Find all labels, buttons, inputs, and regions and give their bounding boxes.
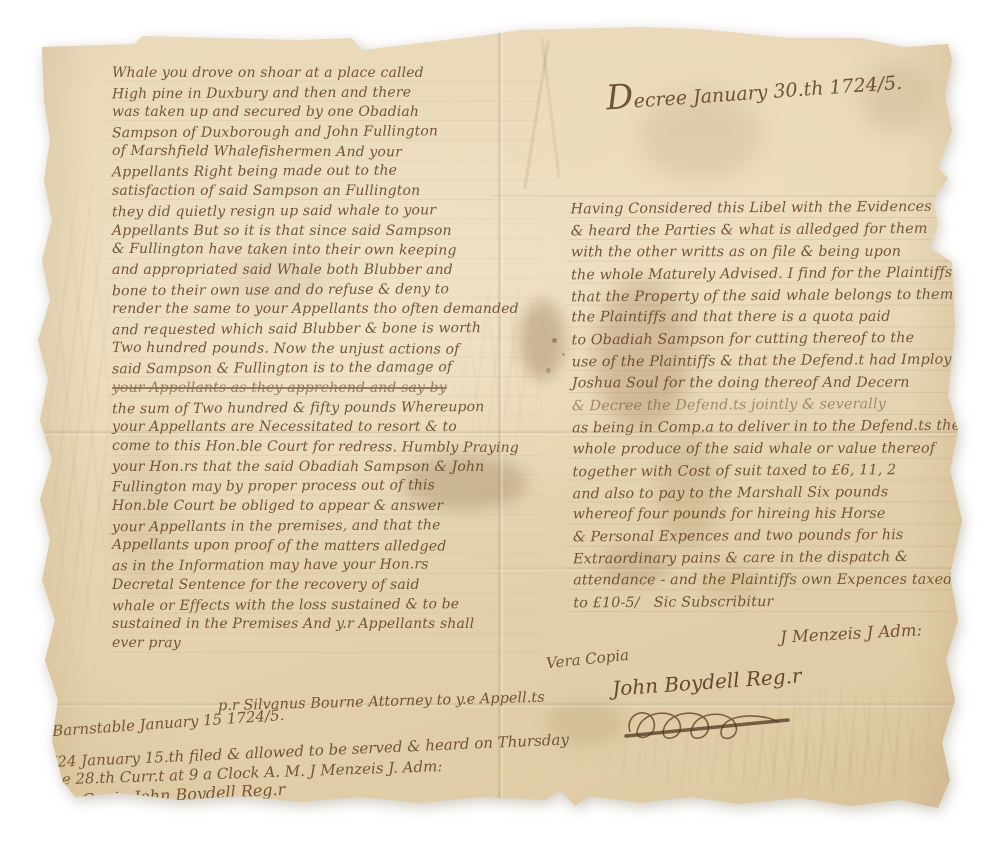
manuscript-line: ever pray (112, 634, 548, 656)
manuscript-line: together with Cost of suit taxed to £6, … (572, 459, 972, 484)
manuscript-line: the Plaintiffs and that there is a quota… (571, 307, 971, 330)
manuscript-line: Hon.ble Court be obliged to appear & ans… (112, 497, 548, 517)
signature-flourish-icon (620, 698, 850, 746)
manuscript-line: your Appellants are Necessitated to reso… (112, 418, 548, 438)
manuscript-line: Sampson of Duxborough and John Fullingto… (112, 122, 548, 144)
paper-sheet: Whale you drove on shoar at a place call… (36, 26, 964, 814)
manuscript-line: as in the Information may have your Hon.… (112, 555, 548, 577)
manuscript-line: Appellants But so it is that since said … (112, 222, 548, 242)
manuscript-line: to £10-5/ Sic Subscribitur (573, 591, 973, 616)
manuscript-line: attendance - and the Plaintiffs own Expe… (573, 570, 973, 593)
manuscript-line: and requested which said Blubber & bone … (112, 319, 548, 341)
register-signature: John Boydell Reg.r (611, 663, 802, 700)
manuscript-line: High pine in Duxbury and then and there (112, 82, 548, 104)
manuscript-line: to Obadiah Sampson for cutting thereof t… (571, 328, 971, 353)
manuscript-line: & Personal Expences and two pounds for h… (573, 525, 973, 550)
manuscript-line: your Appellants in the premises, and tha… (112, 515, 548, 537)
manuscript-line: said Sampson & Fullington is to the dama… (112, 358, 548, 380)
vera-copia-label: Vera Copia (545, 646, 630, 673)
manuscript-line: and also to pay to the Marshall Six poun… (573, 481, 973, 506)
manuscript-line: whole produce of the said whale or value… (572, 438, 972, 461)
manuscript-line: whereof four pounds for hireing his Hors… (573, 504, 973, 527)
manuscript-line: was taken up and secured by one Obadiah (112, 103, 548, 123)
manuscript-line: & heard the Parties & what is alledged f… (571, 218, 971, 243)
manuscript-line: come to this Hon.ble Court for redress. … (112, 437, 548, 459)
manuscript-line: & Decree the Defend.ts jointly & several… (572, 394, 972, 419)
manuscript-line: the sum of Two hundred & fifty pounds Wh… (112, 397, 548, 419)
manuscript-line: your Hon.rs that the said Obadiah Sampso… (112, 458, 548, 478)
manuscript-line: satisfaction of said Sampson an Fullingt… (112, 182, 548, 202)
ink-spots (552, 338, 557, 343)
manuscript-line: Extraordinary pains & care in the dispat… (573, 547, 973, 572)
petition-text: Whale you drove on shoar at a place call… (112, 64, 548, 655)
admiralty-judge-signature: J Menzeis J Adm: (780, 620, 923, 646)
manuscript-line: as being in Comp.a to deliver in to the … (572, 416, 972, 441)
manuscript-line: and appropriated said Whale both Blubber… (112, 261, 548, 281)
manuscript-line: use of the Plaintiffs & that the Defend.… (572, 350, 972, 375)
manuscript-line: the whole Maturely Advised. I find for t… (571, 262, 971, 287)
decree-heading: Decree January 30.th 1724/5. (605, 68, 906, 115)
manuscript-line: & Fullington have taken into their own k… (112, 240, 548, 262)
photo-backdrop: Whale you drove on shoar at a place call… (0, 0, 1000, 844)
manuscript-line: Fullington may by proper process out of … (112, 476, 548, 498)
manuscript-line: bone to their own use and do refuse & de… (112, 279, 548, 301)
manuscript-line: they did quietly resign up said whale to… (112, 200, 548, 222)
ink-bleedthrough (44, 156, 118, 676)
manuscript-line: render the same to your Appellants tho o… (112, 300, 548, 320)
manuscript-line: Appellants upon proof of the matters all… (112, 535, 548, 557)
manuscript-line: Appellants Right being made out to the (112, 161, 548, 183)
manuscript-document: Whale you drove on shoar at a place call… (36, 26, 964, 814)
manuscript-line: whale or Effects with the loss sustained… (112, 594, 548, 616)
manuscript-line: Having Considered this Libel with the Ev… (571, 197, 971, 222)
place-date-line: Barnstable January 15 1724/5. (52, 706, 285, 740)
manuscript-line: Decretal Sentence for the recovery of sa… (112, 576, 548, 596)
manuscript-line: that the Property of the said whale belo… (571, 284, 971, 309)
decree-text: Having Considered this Libel with the Ev… (571, 197, 974, 616)
manuscript-line: Joshua Soul for the doing thereof And De… (572, 373, 972, 396)
manuscript-line: Whale you drove on shoar at a place call… (112, 64, 548, 84)
manuscript-line: sustained in the Premises And y.r Appell… (112, 615, 548, 635)
manuscript-line: with the other writts as on file & being… (571, 241, 971, 264)
manuscript-line: your Appellants as they apprehend and sa… (112, 379, 548, 399)
